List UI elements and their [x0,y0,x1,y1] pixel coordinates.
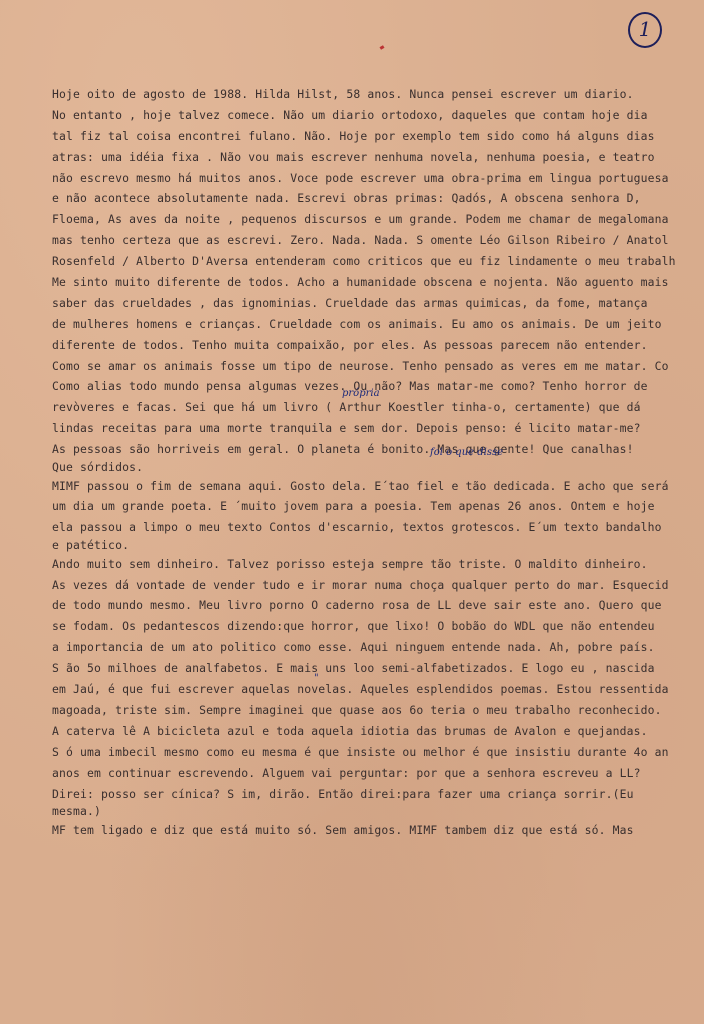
text-line: A caterva lê A bicicleta azul e toda aqu… [52,721,704,742]
text-line: Ando muito sem dinheiro. Talvez porisso … [52,554,704,575]
handwritten-annotation-propria: própria [342,388,380,399]
text-line: em Jaú, é que fui escrever aquelas novel… [52,679,704,700]
text-line: de todo mundo mesmo. Meu livro porno O c… [52,595,704,616]
text-line: mesma.) [52,804,704,820]
text-line: diferente de todos. Tenho muita compaixã… [52,335,704,356]
text-line: não escrevo mesmo há muitos anos. Voce p… [52,168,704,189]
text-line: magoada, triste sim. Sempre imaginei que… [52,700,704,721]
text-line: Hoje oito de agosto de 1988. Hilda Hilst… [52,84,704,105]
text-line: As vezes dá vontade de vender tudo e ir … [52,575,704,596]
typewritten-text-body: Hoje oito de agosto de 1988. Hilda Hilst… [52,84,704,841]
text-line: de mulheres homens e crianças. Crueldade… [52,314,704,335]
text-line: se fodam. Os pedantescos dizendo:que hor… [52,616,704,637]
text-line: Rosenfeld / Alberto D'Aversa entenderam … [52,251,704,272]
red-ink-mark [380,45,385,50]
page-number-circled: 1 [628,12,662,48]
text-line: Que sórdidos. [52,460,704,476]
text-line: ela passou a limpo o meu texto Contos d'… [52,517,704,538]
text-line: MIMF passou o fim de semana aqui. Gosto … [52,476,704,497]
text-line: Floema, As aves da noite , pequenos disc… [52,209,704,230]
text-line: S ão 5o milhoes de analfabetos. E mais u… [52,658,704,679]
text-line: No entanto , hoje talvez comece. Não um … [52,105,704,126]
text-line: um dia um grande poeta. E ´muito jovem p… [52,496,704,517]
text-line: saber das crueldades , das ignominias. C… [52,293,704,314]
text-line: S ó uma imbecil mesmo como eu mesma é qu… [52,742,704,763]
text-line: Me sinto muito diferente de todos. Acho … [52,272,704,293]
text-line: e patético. [52,538,704,554]
scanned-page: 1 Hoje oito de agosto de 1988. Hilda Hil… [0,0,704,1024]
text-line: mas tenho certeza que as escrevi. Zero. … [52,230,704,251]
text-line: anos em continuar escrevendo. Alguem vai… [52,763,704,784]
text-line: lindas receitas para uma morte tranquila… [52,418,704,439]
handwritten-annotation-foi-o-que-disse: foi o que disse [430,447,503,458]
text-line: Como se amar os animais fosse um tipo de… [52,356,704,377]
text-line: tal fiz tal coisa encontrei fulano. Não.… [52,126,704,147]
text-line: atras: uma idéia fixa . Não vou mais esc… [52,147,704,168]
text-line: revòveres e facas. Sei que há um livro (… [52,397,704,418]
text-line: a importancia de um ato politico como es… [52,637,704,658]
text-line: As pessoas são horriveis em geral. O pla… [52,439,704,460]
handwritten-annotation-quote: " [314,673,319,684]
text-line: e não acontece absolutamente nada. Escre… [52,188,704,209]
text-line: MF tem ligado e diz que está muito só. S… [52,820,704,841]
text-line: Direi: posso ser cínica? S im, dirão. En… [52,784,704,805]
